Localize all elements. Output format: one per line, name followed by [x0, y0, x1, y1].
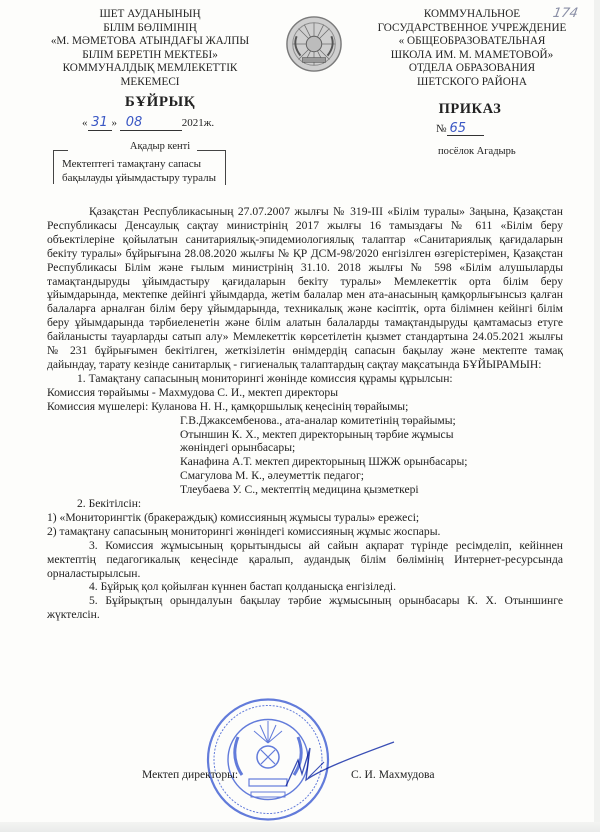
subject-line: бақылауды ұйымдастыру туралы: [62, 172, 216, 186]
member: Отыншин К. Х., мектеп директорының тәрби…: [47, 428, 563, 442]
page-edge: [0, 822, 600, 832]
member: Тлеубаева У. С., мектептің медицина қызм…: [47, 483, 563, 497]
member: жөніндегі орынбасары;: [47, 441, 563, 455]
item-4: 4. Бұйрық қол қойылған күннен бастап қол…: [47, 580, 563, 594]
date-day: 31: [91, 115, 108, 130]
subject-line: Мектептегі тамақтану сапасы: [62, 158, 216, 172]
page-edge: [594, 0, 600, 832]
state-emblem-icon: [285, 14, 343, 74]
order-number: №65: [436, 122, 484, 136]
order-title-kazakh: БҰЙРЫҚ: [100, 94, 220, 111]
header-ru-line: ГОСУДАРСТВЕННОЕ УЧРЕЖДЕНИЕ: [372, 22, 572, 36]
item-2-1: 1) «Мониторингтік (бракераждық) комиссия…: [47, 511, 563, 525]
signature-row: Мектеп директоры: С. И. Махмудова: [0, 768, 600, 784]
order-date: «31» 082021ж.: [82, 116, 214, 131]
document-page: 174 ШЕТ АУДАНЫНЫҢ БІЛІМ БӨЛІМІНІҢ «М. МӘ…: [0, 0, 600, 832]
signature-name: С. И. Махмудова: [351, 768, 435, 781]
header-kz-line: ШЕТ АУДАНЫНЫҢ: [40, 8, 260, 22]
place-russian: посёлок Агадырь: [438, 146, 516, 157]
member: Куланова Н. Н., қамқоршылық кеңесінің тө…: [151, 400, 408, 413]
members-label: Комиссия мүшелері:: [47, 400, 148, 413]
subject: Мектептегі тамақтану сапасы бақылауды ұй…: [62, 158, 216, 185]
header-russian: КОММУНАЛЬНОЕ ГОСУДАРСТВЕННОЕ УЧРЕЖДЕНИЕ …: [372, 8, 572, 89]
header-ru-line: ШЕТСКОГО РАЙОНА: [372, 76, 572, 90]
quote-close: »: [112, 117, 118, 129]
header-kazakh: ШЕТ АУДАНЫНЫҢ БІЛІМ БӨЛІМІНІҢ «М. МӘМЕТО…: [40, 8, 260, 89]
order-number-value: 65: [447, 122, 484, 136]
header-ru-line: ОТДЕЛА ОБРАЗОВАНИЯ: [372, 62, 572, 76]
member: Канафина А.Т. мектеп директорының ШЖЖ ор…: [47, 455, 563, 469]
header-ru-line: « ОБЩЕОБРАЗОВАТЕЛЬНАЯ: [372, 35, 572, 49]
item-3: 3. Комиссия жұмысының қорытындысы ай сай…: [47, 539, 563, 581]
number-sign: №: [436, 123, 447, 135]
member: Смагулова М. К., әлеуметтік педагог;: [47, 469, 563, 483]
signature-position: Мектеп директоры:: [142, 768, 238, 781]
header-kz-line: БІЛІМ БӨЛІМІНІҢ: [40, 22, 260, 36]
order-body: Қазақстан Республикасының 27.07.2007 жыл…: [47, 205, 563, 622]
member: Г.В.Джаксембенова., ата-аналар комитетін…: [47, 414, 563, 428]
commission-members: Комиссия мүшелері: Куланова Н. Н., қамқо…: [47, 400, 563, 497]
item-5: 5. Бұйрықтың орындалуын бақылау тәрбие ж…: [47, 594, 563, 622]
date-year: 2021ж.: [182, 117, 214, 129]
header-ru-line: КОММУНАЛЬНОЕ: [372, 8, 572, 22]
header-kz-line: «М. МӘМЕТОВА АТЫНДАҒЫ ЖАЛПЫ: [40, 35, 260, 49]
preamble: Қазақстан Республикасының 27.07.2007 жыл…: [47, 205, 563, 372]
commission-chair: Комиссия төрайымы - Махмудова С. И., мек…: [47, 386, 563, 400]
header-kz-line: КОММУНАЛДЫҚ МЕМЛЕКЕТТІК: [40, 62, 260, 76]
item-2-2: 2) тамақтану сапасының мониторингі жөнін…: [47, 525, 563, 539]
date-month: 08: [126, 115, 143, 130]
header-ru-line: ШКОЛА ИМ. М. МАМЕТОВОЙ»: [372, 49, 572, 63]
header-kz-line: МЕКЕМЕСІ: [40, 76, 260, 90]
item-1: 1. Тамақтану сапасының мониторингі жөнін…: [47, 372, 563, 386]
order-title-russian: ПРИКАЗ: [420, 101, 520, 118]
header-kz-line: БІЛІМ БЕРЕТІН МЕКТЕБІ»: [40, 49, 260, 63]
item-2: 2. Бекітілсін:: [47, 497, 563, 511]
